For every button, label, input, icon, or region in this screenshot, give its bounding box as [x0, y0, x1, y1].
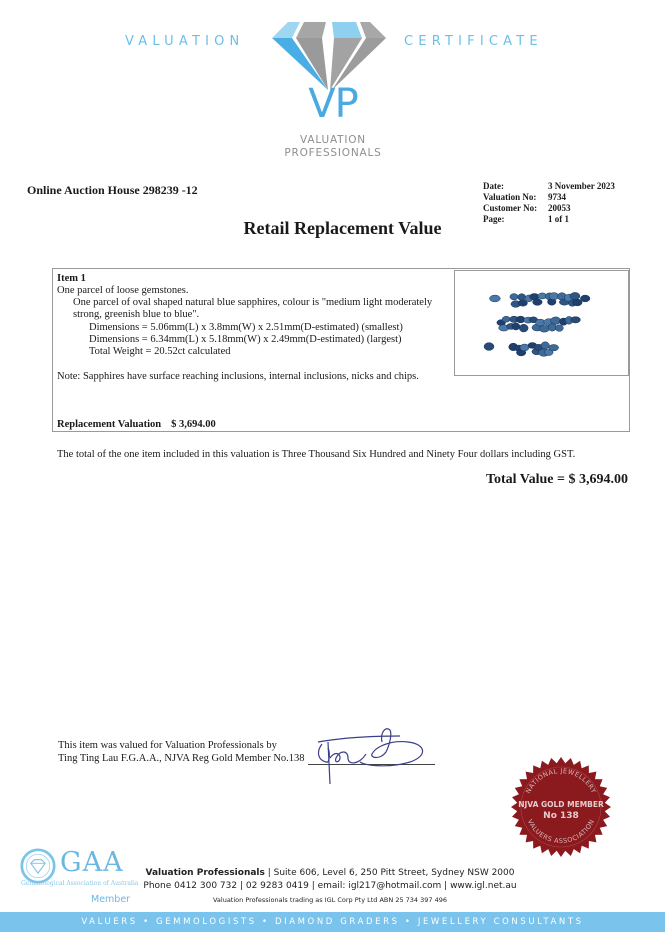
gaa-member-label: Member: [91, 894, 130, 905]
meta-customer-no: Customer No:20053: [483, 203, 615, 214]
replacement-valuation: Replacement Valuation$ 3,694.00: [57, 419, 216, 430]
svg-text:No 138: No 138: [543, 811, 579, 821]
item-description-line: One parcel of oval shaped natural blue s…: [73, 297, 432, 310]
replacement-label: Replacement Valuation: [57, 419, 161, 430]
footer-legal: Valuation Professionals trading as IGL C…: [130, 896, 530, 904]
meta-value: 9734: [548, 192, 566, 203]
meta-valuation-no: Valuation No:9734: [483, 192, 615, 203]
valuer-line1: This item was valued for Valuation Profe…: [58, 740, 277, 751]
header-certificate-word: CERTIFICATE: [404, 34, 543, 49]
gaa-logo-text: GAA: [60, 847, 124, 878]
logo-subtitle-line1: VALUATION: [258, 134, 408, 146]
meta-label: Customer No:: [483, 203, 548, 214]
total-value: Total Value = $ 3,694.00: [486, 472, 628, 488]
item-total-weight: Total Weight = 20.52ct calculated: [89, 346, 230, 359]
footer-contact: Phone 0412 300 732 | 02 9283 0419 | emai…: [130, 881, 530, 891]
page-title: Retail Replacement Value: [0, 218, 665, 239]
item-description-line: strong, greenish blue to blue".: [73, 309, 199, 322]
meta-label: Date:: [483, 181, 548, 192]
footer-address-text: | Suite 606, Level 6, 250 Pitt Street, S…: [265, 868, 515, 878]
meta-label: Valuation No:: [483, 192, 548, 203]
item-description-line: One parcel of loose gemstones.: [57, 285, 189, 298]
valuer-line2: Ting Ting Lau F.G.A.A., NJVA Reg Gold Me…: [58, 753, 305, 764]
item-heading: Item 1: [57, 273, 86, 286]
client-name: Online Auction House 298239 -12: [27, 183, 198, 198]
footer-company: Valuation Professionals: [146, 868, 265, 878]
item-dimensions-smallest: Dimensions = 5.06mm(L) x 3.8mm(W) x 2.51…: [89, 322, 403, 335]
header-valuation-word: VALUATION: [125, 34, 244, 49]
total-in-words: The total of the one item included in th…: [57, 449, 575, 460]
svg-text:NJVA GOLD MEMBER: NJVA GOLD MEMBER: [518, 800, 604, 809]
footer-banner: VALUERS • GEMMOLOGISTS • DIAMOND GRADERS…: [0, 912, 665, 932]
replacement-amount: $ 3,694.00: [171, 419, 216, 430]
meta-date: Date:3 November 2023: [483, 181, 615, 192]
sapphire-parcel-photo: [454, 270, 629, 376]
gaa-full-name: Gemmological Association of Australia: [21, 880, 138, 887]
item-note: Note: Sapphires have surface reaching in…: [57, 371, 419, 384]
signature-icon: [300, 722, 440, 792]
item-dimensions-largest: Dimensions = 6.34mm(L) x 5.18mm(W) x 2.4…: [89, 334, 402, 347]
logo-subtitle-line2: PROFESSIONALS: [258, 147, 408, 159]
logo-vp-letters: VP: [298, 83, 368, 125]
meta-value: 3 November 2023: [548, 181, 615, 192]
meta-value: 20053: [548, 203, 571, 214]
njva-seal: NATIONAL JEWELLERYVALUERS ASSOCIATIONNJV…: [507, 755, 615, 860]
footer-address: Valuation Professionals | Suite 606, Lev…: [130, 868, 530, 878]
